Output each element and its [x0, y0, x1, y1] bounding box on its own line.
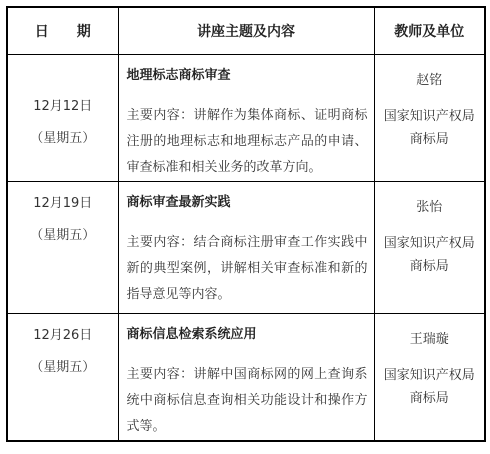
teacher-cell: 王瑞璇 国家知识产权局 商标局	[374, 313, 485, 441]
weekday-text: （星期五）	[10, 352, 116, 384]
topic-title: 商标审查最新实践	[127, 190, 368, 216]
date-text: 12月26日	[10, 320, 116, 352]
lecture-schedule-table: 日 期 讲座主题及内容 教师及单位 12月12日 （星期五） 地理标志商标审查 …	[6, 6, 486, 442]
date-cell: 12月19日 （星期五）	[7, 181, 118, 313]
column-header-teacher: 教师及单位	[374, 7, 485, 54]
date-text: 12月12日	[10, 91, 116, 123]
table-row: 12月26日 （星期五） 商标信息检索系统应用 主要内容：讲解中国商标网的网上查…	[7, 313, 485, 441]
teacher-unit: 商标局	[377, 387, 483, 410]
date-cell: 12月12日 （星期五）	[7, 54, 118, 181]
teacher-cell: 赵铭 国家知识产权局 商标局	[374, 54, 485, 181]
topic-title: 商标信息检索系统应用	[127, 322, 368, 348]
column-header-date: 日 期	[7, 7, 118, 54]
column-header-topic: 讲座主题及内容	[118, 7, 374, 54]
topic-cell: 地理标志商标审查 主要内容：讲解作为集体商标、证明商标注册的地理标志和地理标志产…	[118, 54, 374, 181]
table-row: 12月12日 （星期五） 地理标志商标审查 主要内容：讲解作为集体商标、证明商标…	[7, 54, 485, 181]
topic-title: 地理标志商标审查	[127, 63, 368, 89]
weekday-text: （星期五）	[10, 220, 116, 252]
teacher-unit: 国家知识产权局	[377, 232, 483, 255]
date-text: 12月19日	[10, 188, 116, 220]
topic-content: 主要内容：讲解中国商标网的网上查询系统中商标信息查询相关功能设计和操作方式等。	[127, 362, 368, 440]
table-row: 12月19日 （星期五） 商标审查最新实践 主要内容：结合商标注册审查工作实践中…	[7, 181, 485, 313]
teacher-unit: 商标局	[377, 128, 483, 151]
topic-cell: 商标信息检索系统应用 主要内容：讲解中国商标网的网上查询系统中商标信息查询相关功…	[118, 313, 374, 441]
topic-content: 主要内容：结合商标注册审查工作实践中新的典型案例，讲解相关审查标准和新的指导意见…	[127, 230, 368, 308]
teacher-unit: 国家知识产权局	[377, 105, 483, 128]
teacher-name: 张怡	[377, 200, 483, 216]
teacher-unit: 国家知识产权局	[377, 364, 483, 387]
teacher-unit: 商标局	[377, 255, 483, 278]
teacher-name: 赵铭	[377, 73, 483, 89]
teacher-name: 王瑞璇	[377, 332, 483, 348]
date-cell: 12月26日 （星期五）	[7, 313, 118, 441]
lecture-schedule: 日 期 讲座主题及内容 教师及单位 12月12日 （星期五） 地理标志商标审查 …	[0, 0, 490, 448]
topic-content: 主要内容：讲解作为集体商标、证明商标注册的地理标志和地理标志产品的申请、审查标准…	[127, 103, 368, 181]
header-row: 日 期 讲座主题及内容 教师及单位	[7, 7, 485, 54]
teacher-cell: 张怡 国家知识产权局 商标局	[374, 181, 485, 313]
weekday-text: （星期五）	[10, 123, 116, 155]
topic-cell: 商标审查最新实践 主要内容：结合商标注册审查工作实践中新的典型案例，讲解相关审查…	[118, 181, 374, 313]
